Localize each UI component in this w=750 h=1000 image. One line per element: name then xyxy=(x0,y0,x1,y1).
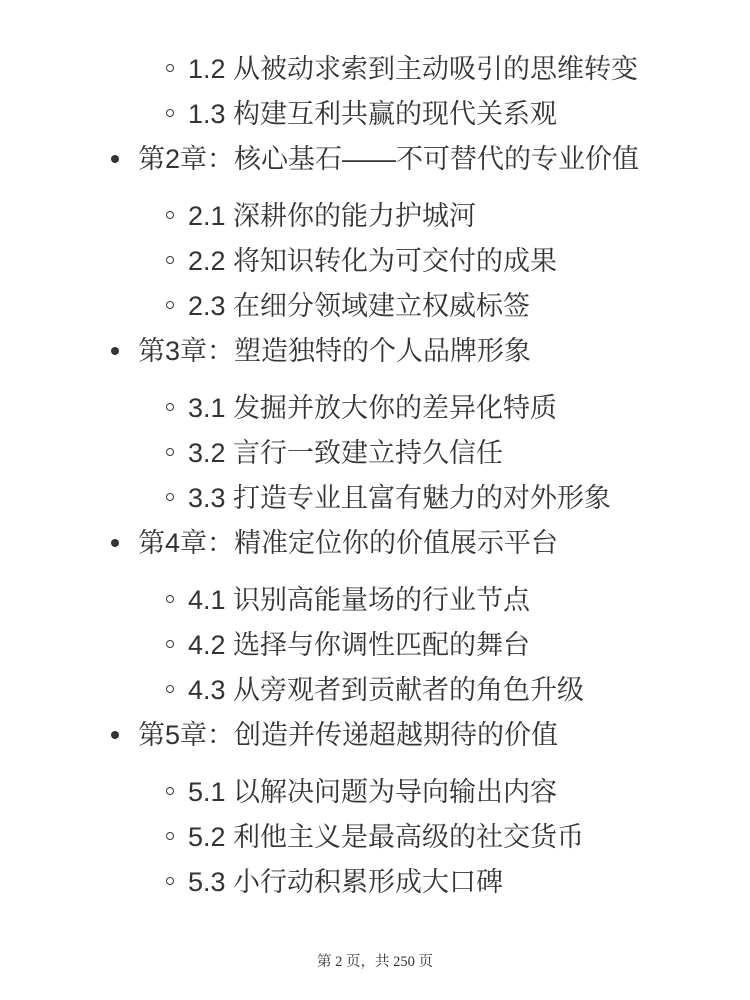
sub-item-text: 4.1 识别高能量场的行业节点 xyxy=(188,585,530,615)
toc-sub-item: 5.1 以解决问题为导向输出内容 xyxy=(188,776,750,808)
toc-sublist-5: 5.1 以解决问题为导向输出内容 5.2 利他主义是最高级的社交货币 5.3 小… xyxy=(138,776,750,898)
bullet-circle-icon xyxy=(166,211,174,219)
bullet-disc-icon xyxy=(111,155,119,163)
sub-item-text: 5.2 利他主义是最高级的社交货币 xyxy=(188,822,584,852)
toc-sub-item: 5.2 利他主义是最高级的社交货币 xyxy=(188,821,750,853)
sub-item-text: 4.2 选择与你调性匹配的舞台 xyxy=(188,630,530,660)
bullet-disc-icon xyxy=(111,731,119,739)
bullet-circle-icon xyxy=(166,64,174,72)
chapter-heading: 第3章：塑造独特的个人品牌形象 xyxy=(138,336,531,366)
toc-sub-item: 2.1 深耕你的能力护城河 xyxy=(188,200,750,232)
toc-sub-item: 2.3 在细分领域建立权威标签 xyxy=(188,290,750,322)
bullet-disc-icon xyxy=(111,539,119,547)
bullet-circle-icon xyxy=(166,109,174,117)
bullet-circle-icon xyxy=(166,877,174,885)
toc-sub-item: 5.3 小行动积累形成大口碑 xyxy=(188,866,750,898)
toc-chapter-3: 第3章：塑造独特的个人品牌形象 3.1 发掘并放大你的差异化特质 3.2 言行一… xyxy=(138,335,750,514)
toc-sub-item: 4.2 选择与你调性匹配的舞台 xyxy=(188,629,750,661)
chapter-heading: 第2章：核心基石——不可替代的专业价值 xyxy=(138,144,639,174)
toc-chapter-5: 第5章：创造并传递超越期待的价值 5.1 以解决问题为导向输出内容 5.2 利他… xyxy=(138,719,750,898)
toc-chapter-2: 第2章：核心基石——不可替代的专业价值 2.1 深耕你的能力护城河 2.2 将知… xyxy=(138,143,750,322)
toc-sublist-1: 1.2 从被动求索到主动吸引的思维转变 1.3 构建互利共赢的现代关系观 xyxy=(138,53,750,130)
bullet-circle-icon xyxy=(166,301,174,309)
toc-sublist-2: 2.1 深耕你的能力护城河 2.2 将知识转化为可交付的成果 2.3 在细分领域… xyxy=(138,200,750,322)
sub-item-text: 2.1 深耕你的能力护城河 xyxy=(188,201,476,231)
sub-item-text: 5.1 以解决问题为导向输出内容 xyxy=(188,777,557,807)
page-footer: 第 2 页，共 250 页 xyxy=(0,950,750,971)
sub-item-text: 2.3 在细分领域建立权威标签 xyxy=(188,291,530,321)
sub-item-text: 4.3 从旁观者到贡献者的角色升级 xyxy=(188,675,584,705)
sub-item-text: 2.2 将知识转化为可交付的成果 xyxy=(188,246,557,276)
toc-sub-item: 4.3 从旁观者到贡献者的角色升级 xyxy=(188,674,750,706)
chapter-heading: 第5章：创造并传递超越期待的价值 xyxy=(138,720,558,750)
sub-item-text: 5.3 小行动积累形成大口碑 xyxy=(188,867,503,897)
sub-item-text: 3.3 打造专业且富有魅力的对外形象 xyxy=(188,483,611,513)
toc-list: 1.2 从被动求索到主动吸引的思维转变 1.3 构建互利共赢的现代关系观 第2章… xyxy=(0,0,750,898)
toc-sublist-3: 3.1 发掘并放大你的差异化特质 3.2 言行一致建立持久信任 3.3 打造专业… xyxy=(138,392,750,514)
toc-sub-item: 1.3 构建互利共赢的现代关系观 xyxy=(188,98,750,130)
sub-item-text: 3.1 发掘并放大你的差异化特质 xyxy=(188,393,557,423)
toc-sublist-4: 4.1 识别高能量场的行业节点 4.2 选择与你调性匹配的舞台 4.3 从旁观者… xyxy=(138,584,750,706)
toc-chapter-1-continuation: 1.2 从被动求索到主动吸引的思维转变 1.3 构建互利共赢的现代关系观 xyxy=(138,53,750,130)
bullet-circle-icon xyxy=(166,787,174,795)
toc-sub-item: 1.2 从被动求索到主动吸引的思维转变 xyxy=(188,53,750,85)
bullet-circle-icon xyxy=(166,448,174,456)
page-number-label: 第 2 页，共 250 页 xyxy=(317,954,433,970)
sub-item-text: 1.3 构建互利共赢的现代关系观 xyxy=(188,99,557,129)
chapter-heading: 第4章：精准定位你的价值展示平台 xyxy=(138,528,558,558)
document-page: 1.2 从被动求索到主动吸引的思维转变 1.3 构建互利共赢的现代关系观 第2章… xyxy=(0,0,750,1000)
bullet-circle-icon xyxy=(166,685,174,693)
toc-sub-item: 3.3 打造专业且富有魅力的对外形象 xyxy=(188,482,750,514)
bullet-disc-icon xyxy=(111,347,119,355)
bullet-circle-icon xyxy=(166,640,174,648)
bullet-circle-icon xyxy=(166,403,174,411)
bullet-circle-icon xyxy=(166,832,174,840)
toc-chapter-4: 第4章：精准定位你的价值展示平台 4.1 识别高能量场的行业节点 4.2 选择与… xyxy=(138,527,750,706)
bullet-circle-icon xyxy=(166,595,174,603)
toc-sub-item: 4.1 识别高能量场的行业节点 xyxy=(188,584,750,616)
sub-item-text: 3.2 言行一致建立持久信任 xyxy=(188,438,503,468)
sub-item-text: 1.2 从被动求索到主动吸引的思维转变 xyxy=(188,54,638,84)
toc-sub-item: 3.1 发掘并放大你的差异化特质 xyxy=(188,392,750,424)
bullet-circle-icon xyxy=(166,256,174,264)
bullet-circle-icon xyxy=(166,493,174,501)
toc-sub-item: 3.2 言行一致建立持久信任 xyxy=(188,437,750,469)
toc-sub-item: 2.2 将知识转化为可交付的成果 xyxy=(188,245,750,277)
